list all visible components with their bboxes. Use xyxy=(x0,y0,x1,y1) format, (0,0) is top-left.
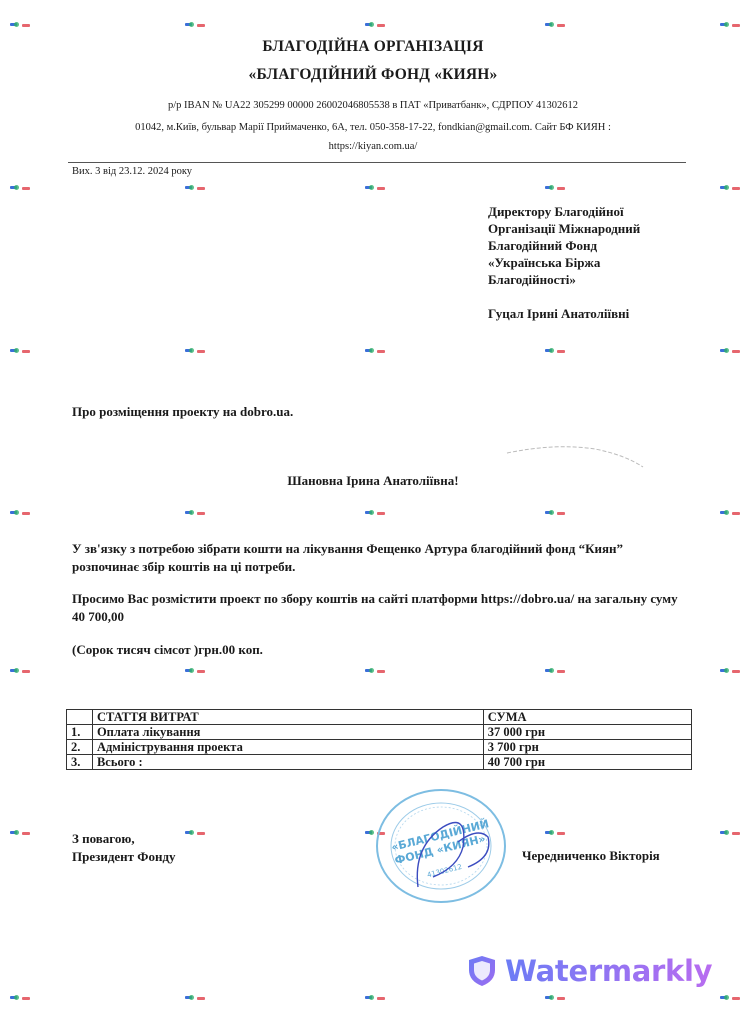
scan-mark-icon xyxy=(10,668,32,674)
row-item: Оплата лікування xyxy=(92,725,483,740)
signatory-title: Президент Фонду xyxy=(72,848,176,866)
pen-stroke-mark xyxy=(505,441,645,471)
scan-mark-icon xyxy=(545,22,567,28)
scan-mark-icon xyxy=(720,22,742,28)
scan-mark-icon xyxy=(10,510,32,516)
scan-mark-icon xyxy=(10,995,32,1001)
scan-mark-icon xyxy=(185,668,207,674)
addressee-block: Директору Благодійної Організації Міжнар… xyxy=(488,203,640,322)
scan-mark-icon xyxy=(185,348,207,354)
watermark-text: Watermarkly xyxy=(505,954,712,988)
scan-mark-icon xyxy=(185,510,207,516)
closing-block: З повагою, Президент Фонду xyxy=(72,830,176,866)
scan-mark-icon xyxy=(720,995,742,1001)
outgoing-reference: Вих. 3 від 23.12. 2024 року xyxy=(72,166,192,177)
addressee-line: Директору Благодійної xyxy=(488,203,640,220)
bank-details: р/р IBAN № UA22 305299 00000 26002046805… xyxy=(0,100,746,111)
row-num: 2. xyxy=(67,740,93,755)
amount-in-words: (Сорок тисяч сімсот )грн.00 коп. xyxy=(72,641,692,659)
table-row: 2. Адміністрування проекта 3 700 грн xyxy=(67,740,692,755)
scan-mark-icon xyxy=(720,348,742,354)
row-sum: 40 700 грн xyxy=(483,755,691,770)
scan-mark-icon xyxy=(545,995,567,1001)
addressee-name: Гуцал Ірині Анатоліївні xyxy=(488,305,640,322)
addressee-line: «Українська Біржа xyxy=(488,254,640,271)
shield-icon xyxy=(467,955,497,987)
watermarkly-watermark: Watermarkly xyxy=(467,954,712,988)
addressee-line: Організації Міжнародний xyxy=(488,220,640,237)
letter-subject: Про розміщення проекту на dobro.ua. xyxy=(72,404,293,420)
address-details: 01042, м.Київ, бульвар Марії Приймаченко… xyxy=(0,122,746,133)
scan-mark-icon xyxy=(545,510,567,516)
scan-mark-icon xyxy=(10,22,32,28)
letter-page: БЛАГОДІЙНА ОРГАНІЗАЦІЯ «БЛАГОДІЙНИЙ ФОНД… xyxy=(0,0,746,1024)
scan-mark-icon xyxy=(720,668,742,674)
scan-mark-icon xyxy=(545,830,567,836)
row-item: Адміністрування проекта xyxy=(92,740,483,755)
costs-table: СТАТТЯ ВИТРАТ СУМА 1. Оплата лікування 3… xyxy=(66,709,692,770)
row-sum: 37 000 грн xyxy=(483,725,691,740)
scan-mark-icon xyxy=(720,185,742,191)
closing-salutation: З повагою, xyxy=(72,830,176,848)
row-item: Всього : xyxy=(92,755,483,770)
row-num: 3. xyxy=(67,755,93,770)
scan-mark-icon xyxy=(10,348,32,354)
header-divider xyxy=(68,162,686,163)
scan-mark-icon xyxy=(185,185,207,191)
addressee-line: Благодійний Фонд xyxy=(488,237,640,254)
org-title-line2: «БЛАГОДІЙНИЙ ФОНД «КИЯН» xyxy=(0,66,746,84)
signatory-name: Чередниченко Вікторія xyxy=(522,848,660,864)
scan-mark-icon xyxy=(720,830,742,836)
scan-mark-icon xyxy=(10,830,32,836)
addressee-line: Благодійності» xyxy=(488,271,640,288)
scan-mark-icon xyxy=(365,185,387,191)
org-title-line1: БЛАГОДІЙНА ОРГАНІЗАЦІЯ xyxy=(0,38,746,56)
body-paragraph-1: У зв'язку з потребою зібрати кошти на лі… xyxy=(72,540,692,576)
scan-mark-icon xyxy=(10,185,32,191)
website-link[interactable]: https://kiyan.com.ua/ xyxy=(0,141,746,152)
scan-mark-icon xyxy=(365,348,387,354)
scan-mark-icon xyxy=(185,995,207,1001)
scan-mark-icon xyxy=(365,510,387,516)
table-row: 1. Оплата лікування 37 000 грн xyxy=(67,725,692,740)
scan-mark-icon xyxy=(365,995,387,1001)
header-cell-sum: СУМА xyxy=(483,710,691,725)
header-cell-item: СТАТТЯ ВИТРАТ xyxy=(92,710,483,725)
table-header-row: СТАТТЯ ВИТРАТ СУМА xyxy=(67,710,692,725)
scan-mark-icon xyxy=(545,348,567,354)
scan-mark-icon xyxy=(365,668,387,674)
official-stamp: «БЛАГОДІЙНИЙ ФОНД «КИЯН» 41302612 xyxy=(373,787,513,905)
scan-mark-icon xyxy=(185,830,207,836)
table-row: 3. Всього : 40 700 грн xyxy=(67,755,692,770)
scan-mark-icon xyxy=(545,668,567,674)
scan-mark-icon xyxy=(545,185,567,191)
scan-mark-icon xyxy=(720,510,742,516)
greeting: Шановна Ірина Анатоліївна! xyxy=(0,473,746,489)
row-num: 1. xyxy=(67,725,93,740)
row-sum: 3 700 грн xyxy=(483,740,691,755)
scan-mark-icon xyxy=(185,22,207,28)
scan-mark-icon xyxy=(365,22,387,28)
body-paragraph-2: Просимо Вас розмістити проект по збору к… xyxy=(72,590,692,626)
header-cell-num xyxy=(67,710,93,725)
